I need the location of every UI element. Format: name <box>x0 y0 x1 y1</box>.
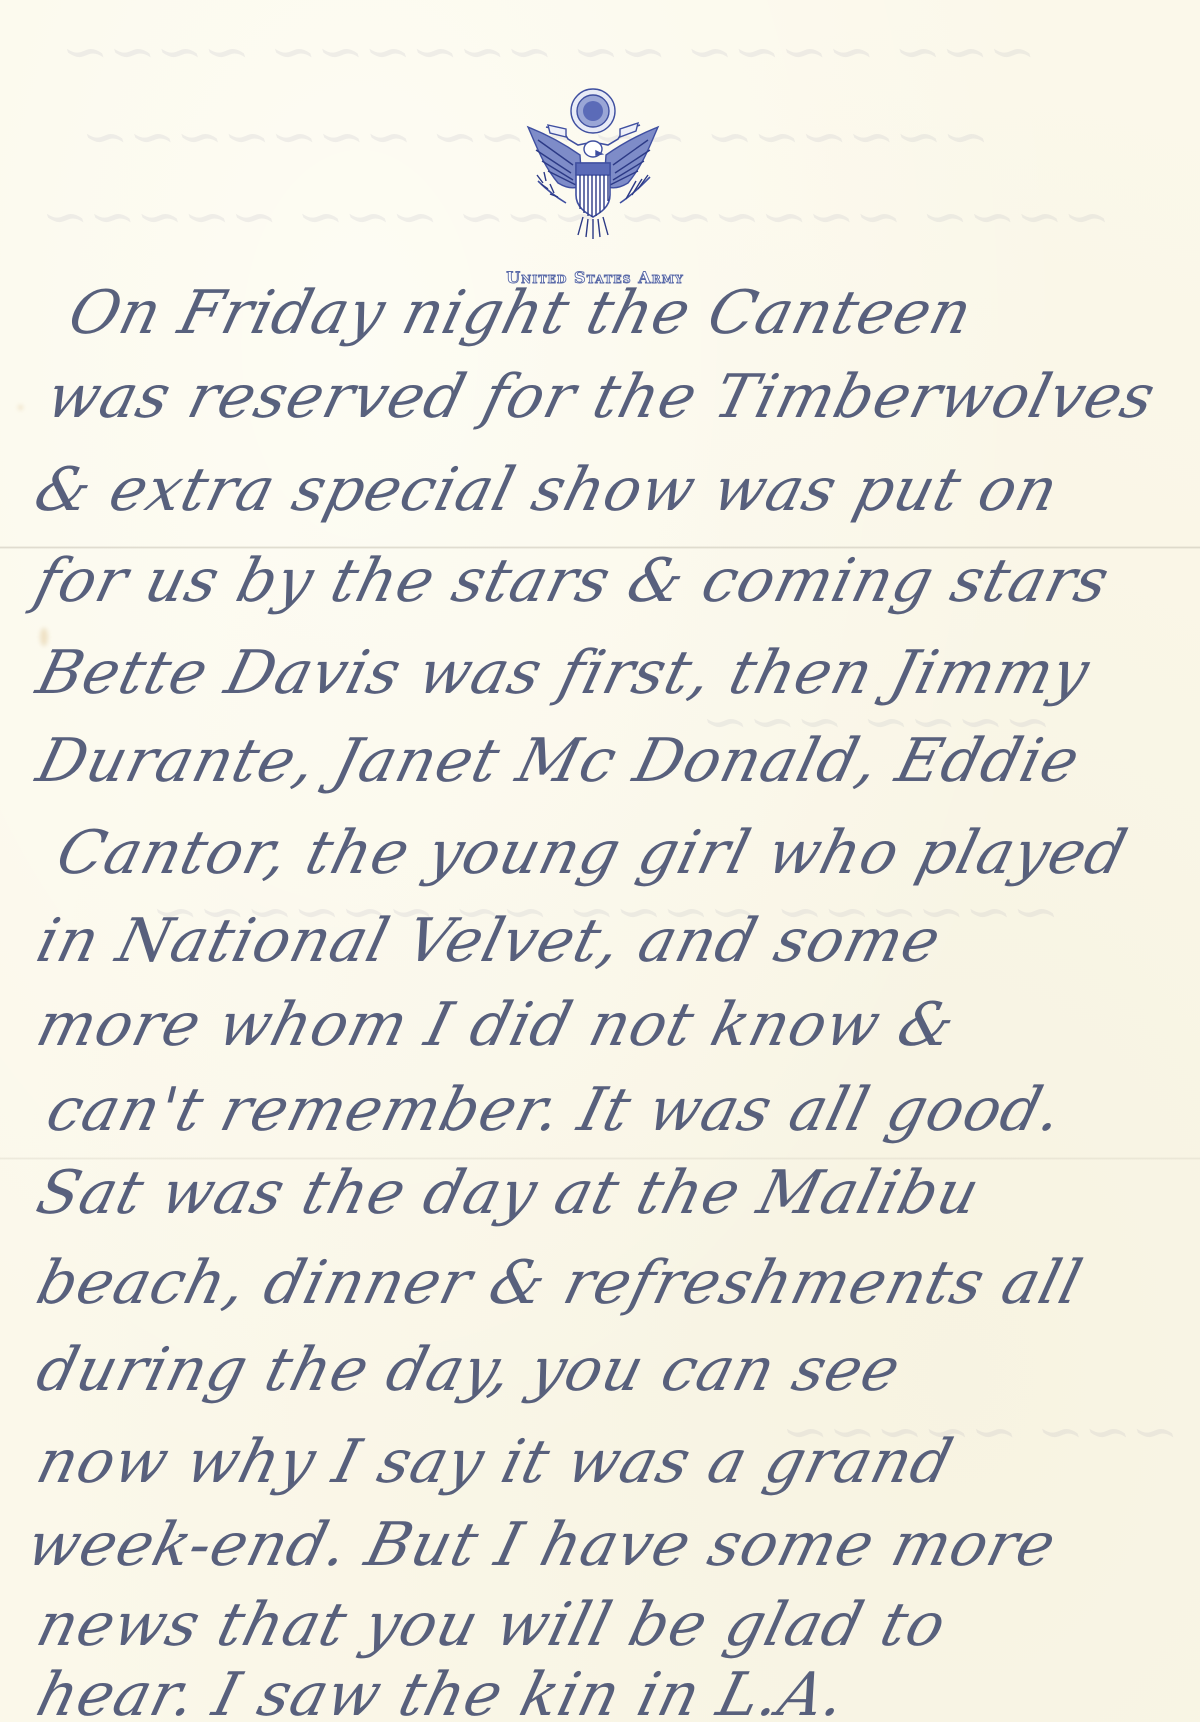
letter-line: now why I say it was a grand <box>30 1427 960 1497</box>
letter-line: for us by the stars & coming stars <box>28 546 1117 616</box>
letter-line: during the day, you can see <box>30 1335 908 1405</box>
letter-line: news that you will be glad to <box>30 1590 953 1660</box>
letter-line: On Friday night the Canteen <box>62 278 979 348</box>
paper-stain <box>18 405 23 410</box>
show-through-text: ~~~ ~~~~ ~~ ~~~~~~ ~~~~ <box>50 20 1045 83</box>
letter-page: ~~~ ~~~~ ~~ ~~~~~~ ~~~~ ~~~~~~ ~~ ~~~ ~~… <box>0 0 1200 1722</box>
great-seal-eagle-icon <box>508 85 678 245</box>
letter-line: hear. I saw the kin in L.A. <box>30 1660 853 1722</box>
letter-line: & extra special show was put on <box>28 455 1065 525</box>
letter-line: Sat was the day at the Malibu <box>30 1158 987 1228</box>
letter-line: beach, dinner & refreshments all <box>30 1248 1089 1318</box>
letter-line: Durante, Janet Mc Donald, Eddie <box>30 726 1087 796</box>
letter-line: more whom I did not know & <box>30 990 963 1060</box>
letter-line: was reserved for the Timberwolves <box>40 362 1162 432</box>
letter-line: can't remember. It was all good. <box>40 1075 1070 1145</box>
letter-line: week-end. But I have some more <box>20 1510 1063 1580</box>
letter-line: Cantor, the young girl who played <box>50 818 1134 888</box>
letter-line: Bette Davis was first, then Jimmy <box>30 638 1097 708</box>
letter-line: in National Velvet, and some <box>30 906 948 976</box>
